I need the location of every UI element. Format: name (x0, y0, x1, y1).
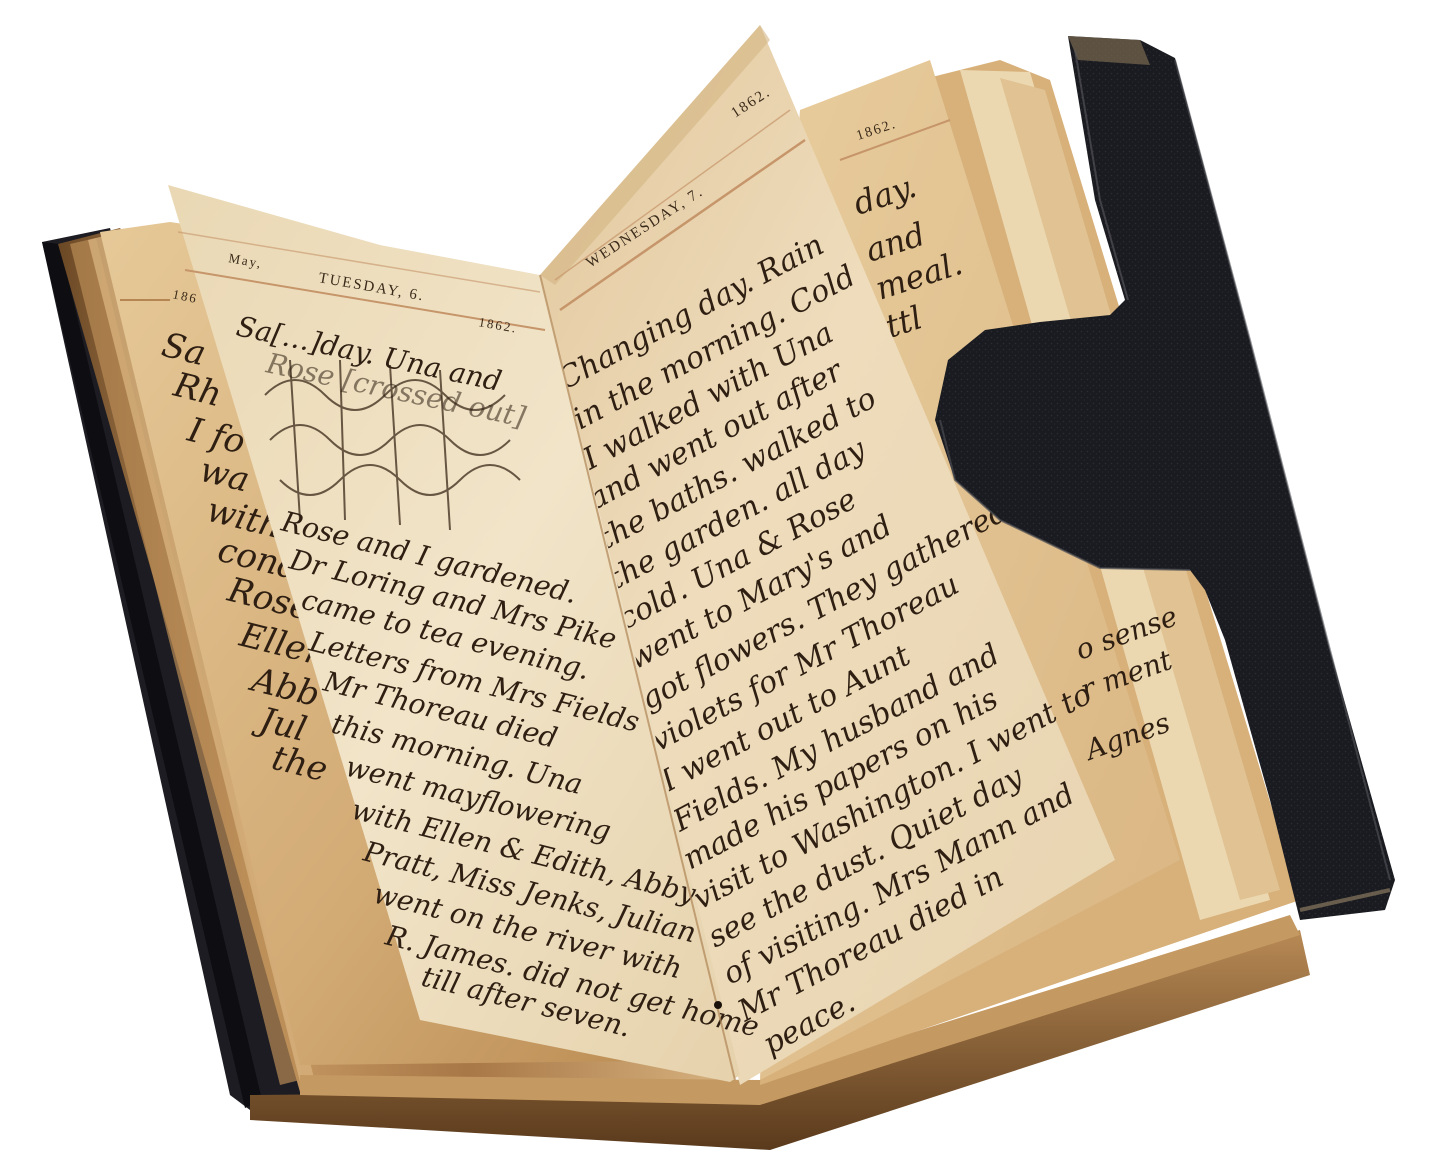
diary-photo: 186 Sa Rh I fo wa with cond Rose Ellen A… (0, 0, 1440, 1170)
ink-dot (714, 1001, 722, 1009)
